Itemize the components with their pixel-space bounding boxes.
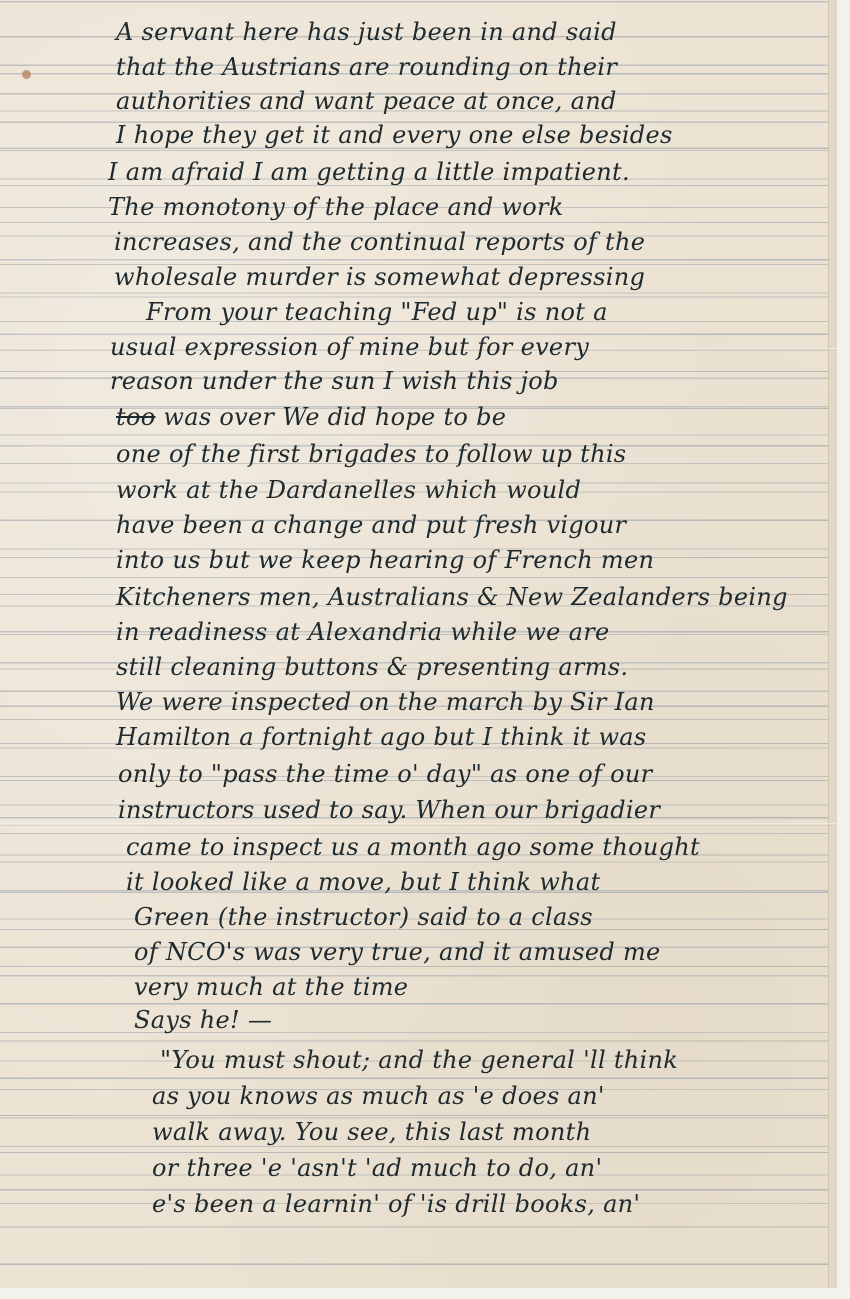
text-line: only to "pass the time o' day" as one of… [118,762,652,786]
text-line: it looked like a move, but I think what [126,870,600,894]
page-edge [828,0,837,1290]
text-line: work at the Dardanelles which would [116,478,581,502]
text-line: in readiness at Alexandria while we are [116,620,610,644]
text-line: still cleaning buttons & presenting arms… [116,655,628,679]
text-line: We were inspected on the march by Sir Ia… [116,690,655,714]
text-line: walk away. You see, this last month [152,1120,591,1144]
text-line: have been a change and put fresh vigour [116,513,626,537]
text-line: too was over We did hope to be [116,405,506,429]
text-line: I am afraid I am getting a little impati… [108,160,630,184]
ink-stain [22,70,31,79]
text-line: increases, and the continual reports of … [114,230,645,254]
text-line: came to inspect us a month ago some thou… [126,835,700,859]
text-line: e's been a learnin' of 'is drill books, … [152,1192,640,1216]
text-line: Green (the instructor) said to a class [134,905,593,929]
text-line: reason under the sun I wish this job [110,369,559,393]
text-line: Says he! — [134,1008,272,1032]
text-line: instructors used to say. When our brigad… [118,798,660,822]
scan-background [0,1288,850,1299]
letter-page: A servant here has just been in and said… [0,0,836,1290]
text-line: as you knows as much as 'e does an' [152,1084,605,1108]
struck-word: too [116,403,155,431]
text-line: of NCO's was very true, and it amused me [134,940,661,964]
text-line: very much at the time [134,975,408,999]
text-line: usual expression of mine but for every [110,335,589,359]
text-line: that the Austrians are rounding on their [116,55,617,79]
text-line: I hope they get it and every one else be… [116,123,673,147]
text-line: one of the first brigades to follow up t… [116,442,626,466]
text-line: Kitcheners men, Australians & New Zealan… [116,585,788,609]
text-line: into us but we keep hearing of French me… [116,548,654,572]
text-line: authorities and want peace at once, and [116,89,617,113]
text-line: wholesale murder is somewhat depressing [114,265,645,289]
text-line: or three 'e 'asn't 'ad much to do, an' [152,1156,602,1180]
text-line: Hamilton a fortnight ago but I think it … [116,725,647,749]
text-line: A servant here has just been in and said [116,20,617,44]
text-line: The monotony of the place and work [108,195,564,219]
text-line: "You must shout; and the general 'll thi… [160,1048,678,1072]
text-line: From your teaching "Fed up" is not a [146,300,608,324]
